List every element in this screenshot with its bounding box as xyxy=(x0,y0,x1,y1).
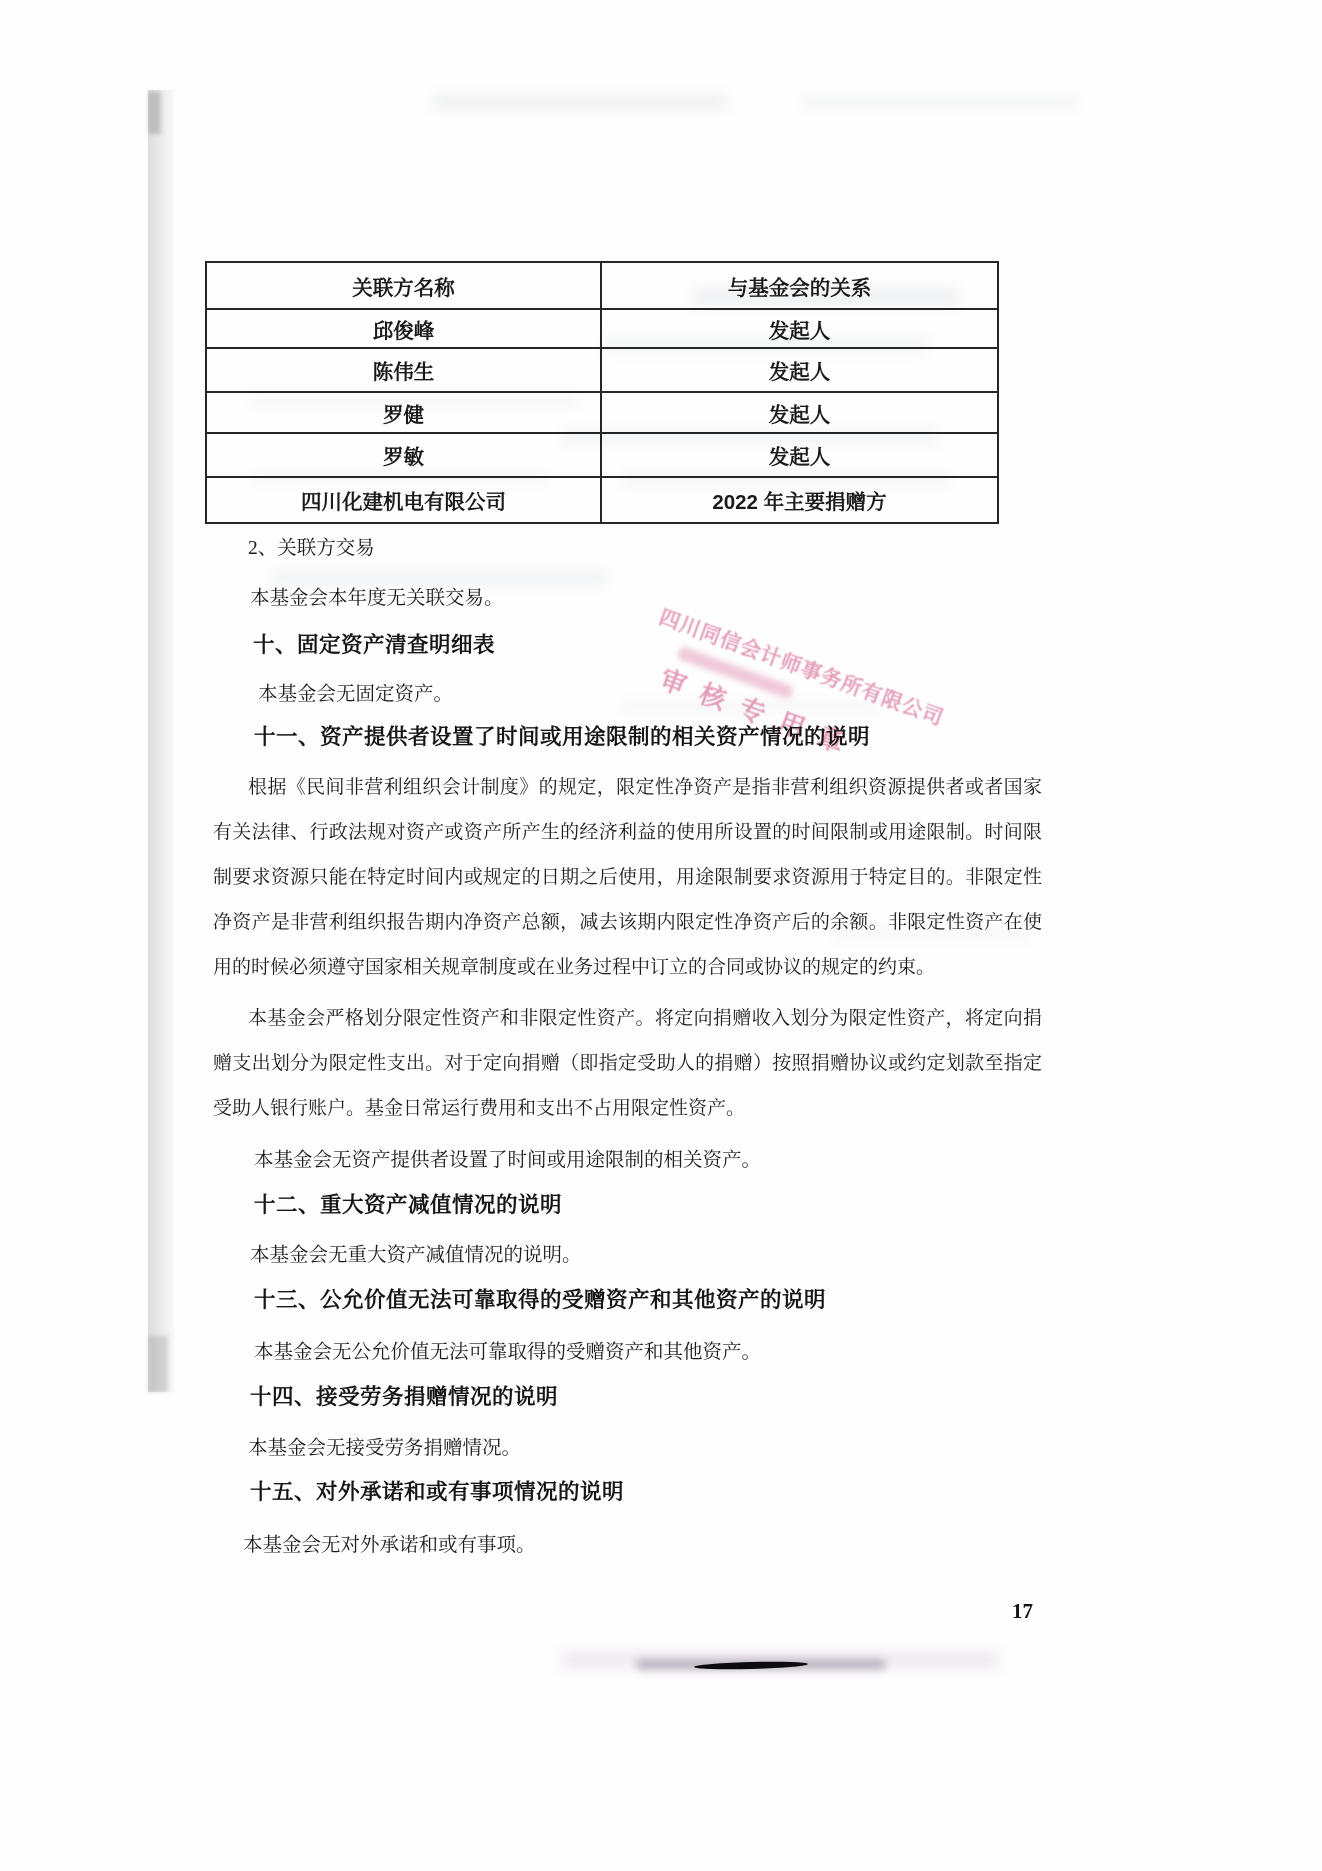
table-header-name: 关联方名称 xyxy=(206,262,601,309)
table-row: 罗敏 发起人 xyxy=(206,433,998,477)
cell-relation: 2022 年主要捐赠方 xyxy=(601,477,998,523)
cell-related-party-name: 陈伟生 xyxy=(206,348,601,392)
paragraph-line: 根据《民间非营利组织会计制度》的规定，限定性净资产是指非营利组织资源提供者或者国… xyxy=(213,777,1042,800)
section-12-heading: 十二、重大资产减值情况的说明 xyxy=(254,1194,562,1218)
section-15-text: 本基金会无对外承诺和或有事项。 xyxy=(243,1535,536,1557)
bleedthrough-artifact xyxy=(430,94,730,110)
section-14-text: 本基金会无接受劳务捐赠情况。 xyxy=(248,1438,521,1460)
table-header-relation: 与基金会的关系 xyxy=(601,262,998,309)
scanner-edge-shadow xyxy=(148,90,174,1392)
table-row: 罗健 发起人 xyxy=(206,392,998,433)
cell-relation: 发起人 xyxy=(601,433,998,477)
cell-related-party-name: 四川化建机电有限公司 xyxy=(206,477,601,523)
paragraph-line: 净资产是非营利组织报告期内净资产总额，减去该期内限定性净资产后的余额。非限定性资… xyxy=(213,912,1042,935)
section-15-heading: 十五、对外承诺和或有事项情况的说明 xyxy=(250,1481,624,1505)
cell-related-party-name: 罗敏 xyxy=(206,433,601,477)
page-number: 17 xyxy=(1012,1599,1033,1624)
cell-relation: 发起人 xyxy=(601,348,998,392)
bleedthrough-artifact xyxy=(270,570,610,586)
section-11-text: 本基金会无资产提供者设置了时间或用途限制的相关资产。 xyxy=(254,1150,761,1172)
subsection-2-heading: 2、关联方交易 xyxy=(248,538,375,560)
subsection-2-text: 本基金会本年度无关联交易。 xyxy=(250,588,504,610)
bleedthrough-artifact xyxy=(800,96,1080,110)
scanned-document-page: 关联方名称 与基金会的关系 邱俊峰 发起人 陈伟生 发起人 罗健 发起人 罗敏 … xyxy=(0,0,1322,1871)
section-10-heading: 十、固定资产清查明细表 xyxy=(253,634,495,658)
section-11-heading: 十一、资产提供者设置了时间或用途限制的相关资产情况的说明 xyxy=(254,726,870,750)
section-13-heading: 十三、公允价值无法可靠取得的受赠资产和其他资产的说明 xyxy=(254,1289,826,1313)
paragraph-line: 受助人银行账户。基金日常运行费用和支出不占用限定性资产。 xyxy=(213,1098,1042,1121)
scanner-edge-shadow-top xyxy=(148,92,161,134)
bleedthrough-artifact xyxy=(620,700,880,714)
cell-relation: 发起人 xyxy=(601,309,998,348)
scanner-edge-shadow-bottom xyxy=(148,1336,168,1392)
audit-stamp: 四川同信会计师事务所有限公司 审核专用章 xyxy=(635,600,949,789)
related-party-table: 关联方名称 与基金会的关系 邱俊峰 发起人 陈伟生 发起人 罗健 发起人 罗敏 … xyxy=(205,261,999,524)
section-13-text: 本基金会无公允价值无法可靠取得的受赠资产和其他资产。 xyxy=(254,1342,761,1364)
section-14-heading: 十四、接受劳务捐赠情况的说明 xyxy=(250,1386,558,1410)
paragraph-line: 用的时候必须遵守国家相关规章制度或在业务过程中订立的合同或协议的规定的约束。 xyxy=(213,957,1042,980)
cell-relation: 发起人 xyxy=(601,392,998,433)
cell-related-party-name: 邱俊峰 xyxy=(206,309,601,348)
table-row: 陈伟生 发起人 xyxy=(206,348,998,392)
section-12-text: 本基金会无重大资产减值情况的说明。 xyxy=(250,1245,582,1267)
section-10-text: 本基金会无固定资产。 xyxy=(258,684,453,706)
paragraph-line: 赠支出划分为限定性支出。对于定向捐赠（即指定受助人的捐赠）按照捐赠协议或约定划款… xyxy=(213,1053,1042,1076)
paragraph-line: 本基金会严格划分限定性资产和非限定性资产。将定向捐赠收入划分为限定性资产，将定向… xyxy=(213,1008,1042,1031)
audit-stamp-date-ghost xyxy=(677,646,794,699)
table-header-row: 关联方名称 与基金会的关系 xyxy=(206,262,998,309)
paragraph-line: 制要求资源只能在特定时间内或规定的日期之后使用，用途限制要求资源用于特定目的。非… xyxy=(213,867,1042,890)
cell-related-party-name: 罗健 xyxy=(206,392,601,433)
table-row: 邱俊峰 发起人 xyxy=(206,309,998,348)
table-row: 四川化建机电有限公司 2022 年主要捐赠方 xyxy=(206,477,998,523)
paragraph-line: 有关法律、行政法规对资产或资产所产生的经济利益的使用所设置的时间限制或用途限制。… xyxy=(213,822,1042,845)
